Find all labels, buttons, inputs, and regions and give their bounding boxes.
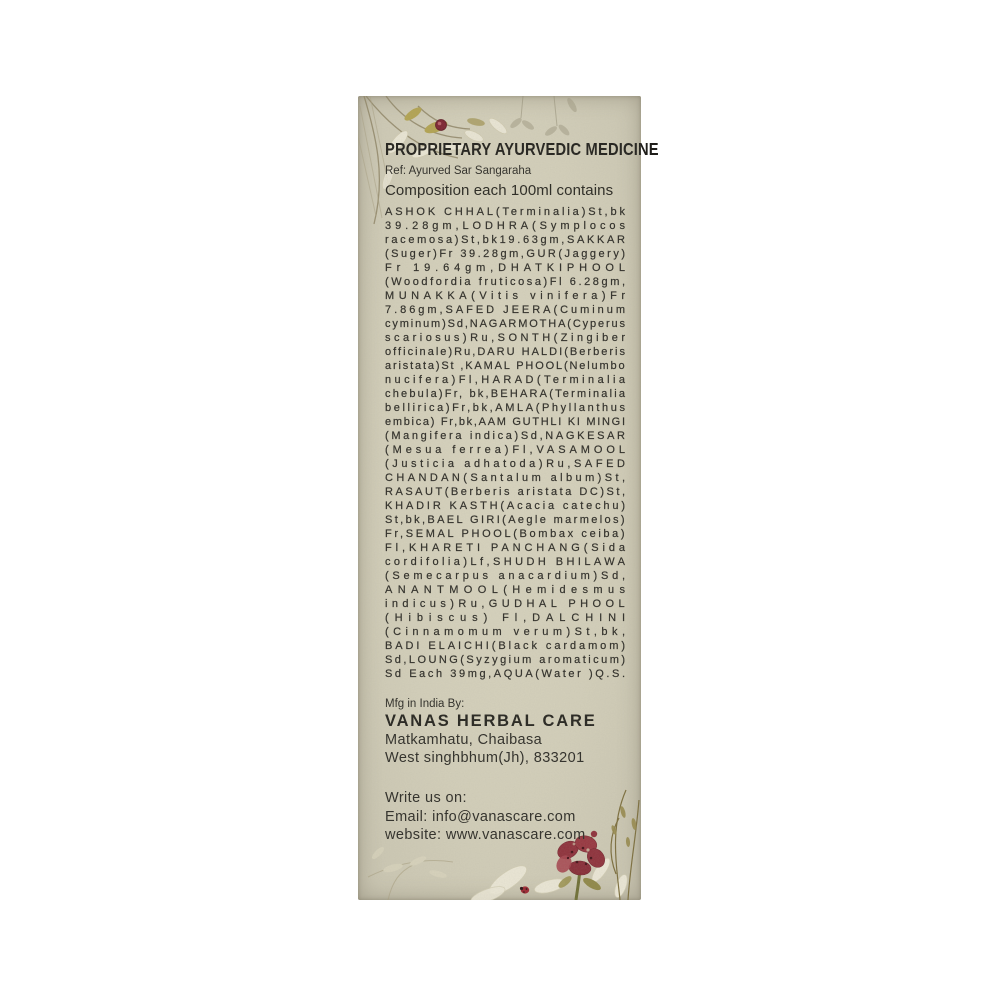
composition-line: Sd,LOUNG(Syzygium aromaticum) [385, 653, 625, 667]
composition-line: CHANDAN(Santalum album)St, [385, 471, 625, 485]
composition-line: (Cinnamomum verum)St,bk, [385, 625, 625, 639]
composition-line: (Suger)Fr 39.28gm,GUR(Jaggery) [385, 247, 625, 261]
composition-line: 39.28gm,LODHRA(Symplocos [385, 219, 625, 233]
composition-line: chebula)Fr, bk,BEHARA(Terminalia [385, 387, 625, 401]
composition-line: Fr,SEMAL PHOOL(Bombax ceiba) [385, 527, 625, 541]
composition-line: Sd Each 39mg,AQUA(Water )Q.S. [385, 667, 625, 681]
composition-line: (Woodfordia fruticosa)Fl 6.28gm, [385, 275, 625, 289]
composition-line: officinale)Ru,DARU HALDI(Berberis [385, 345, 625, 359]
composition-line: KHADIR KASTH(Acacia catechu) [385, 499, 625, 513]
contact-website: website: www.vanascare.com [385, 826, 626, 845]
composition-heading: Composition each 100ml contains [385, 182, 626, 199]
manufacturer-name: VANAS HERBAL CARE [385, 712, 626, 731]
contact-heading: Write us on: [385, 789, 626, 808]
composition-line: Fr 19.64gm,DHATKIPHOOL [385, 261, 625, 275]
composition-line: (Mangifera indica)Sd,NAGKESAR [385, 429, 625, 443]
product-type-title: PROPRIETARY AYURVEDIC MEDICINE [385, 140, 587, 158]
composition-line: 7.86gm,SAFED JEERA(Cuminum [385, 303, 625, 317]
composition-line: bellirica)Fr,bk,AMLA(Phyllanthus [385, 401, 625, 415]
composition-line: BADI ELAICHI(Black cardamom) [385, 639, 625, 653]
composition-line: cyminum)Sd,NAGARMOTHA(Cyperus [385, 317, 625, 331]
mfg-prefix: Mfg in India By: [385, 698, 626, 710]
photo-background: { "label": { "title": "PROPRIETARY AYURV… [0, 0, 1000, 1000]
composition-line: (Hibiscus) Fl,DALCHINI [385, 611, 625, 625]
contact-email: Email: info@vanascare.com [385, 808, 626, 827]
composition-line: scariosus)Ru,SONTH(Zingiber [385, 331, 625, 345]
manufacturer-address-line1: Matkamhatu, Chaibasa [385, 731, 626, 749]
composition-text: ASHOK CHHAL(Terminalia)St,bk 39.28gm,LOD… [385, 205, 625, 681]
contact-block: Write us on: Email: info@vanascare.com w… [385, 789, 626, 845]
composition-line: nucifera)Fl,HARAD(Terminalia [385, 373, 625, 387]
label-content: PROPRIETARY AYURVEDIC MEDICINE Ref: Ayur… [358, 96, 641, 900]
manufacturer-address-line2: West singhbhum(Jh), 833201 [385, 749, 626, 767]
composition-line: St,bk,BAEL GIRI(Aegle marmelos) [385, 513, 625, 527]
composition-line: MUNAKKA(Vitis vinifera)Fr [385, 289, 625, 303]
reference-line: Ref: Ayurved Sar Sangaraha [385, 165, 626, 177]
composition-line: ASHOK CHHAL(Terminalia)St,bk [385, 205, 625, 219]
composition-line: racemosa)St,bk19.63gm,SAKKAR [385, 233, 625, 247]
composition-line: cordifolia)Lf,SHUDH BHILAWA [385, 555, 625, 569]
composition-line: RASAUT(Berberis aristata DC)St, [385, 485, 625, 499]
composition-line: Fl,KHARETI PANCHANG(Sida [385, 541, 625, 555]
composition-line: embica) Fr,bk,AAM GUTHLI KI MINGI [385, 415, 625, 429]
composition-line: (Justicia adhatoda)Ru,SAFED [385, 457, 625, 471]
product-box-panel: PROPRIETARY AYURVEDIC MEDICINE Ref: Ayur… [358, 96, 641, 900]
composition-line: (Mesua ferrea)Fl,VASAMOOL [385, 443, 625, 457]
composition-line: aristata)St ,KAMAL PHOOL(Nelumbo [385, 359, 625, 373]
composition-line: (Semecarpus anacardium)Sd, [385, 569, 625, 583]
composition-line: indicus)Ru,GUDHAL PHOOL [385, 597, 625, 611]
composition-line: ANANTMOOL(Hemidesmus [385, 583, 625, 597]
